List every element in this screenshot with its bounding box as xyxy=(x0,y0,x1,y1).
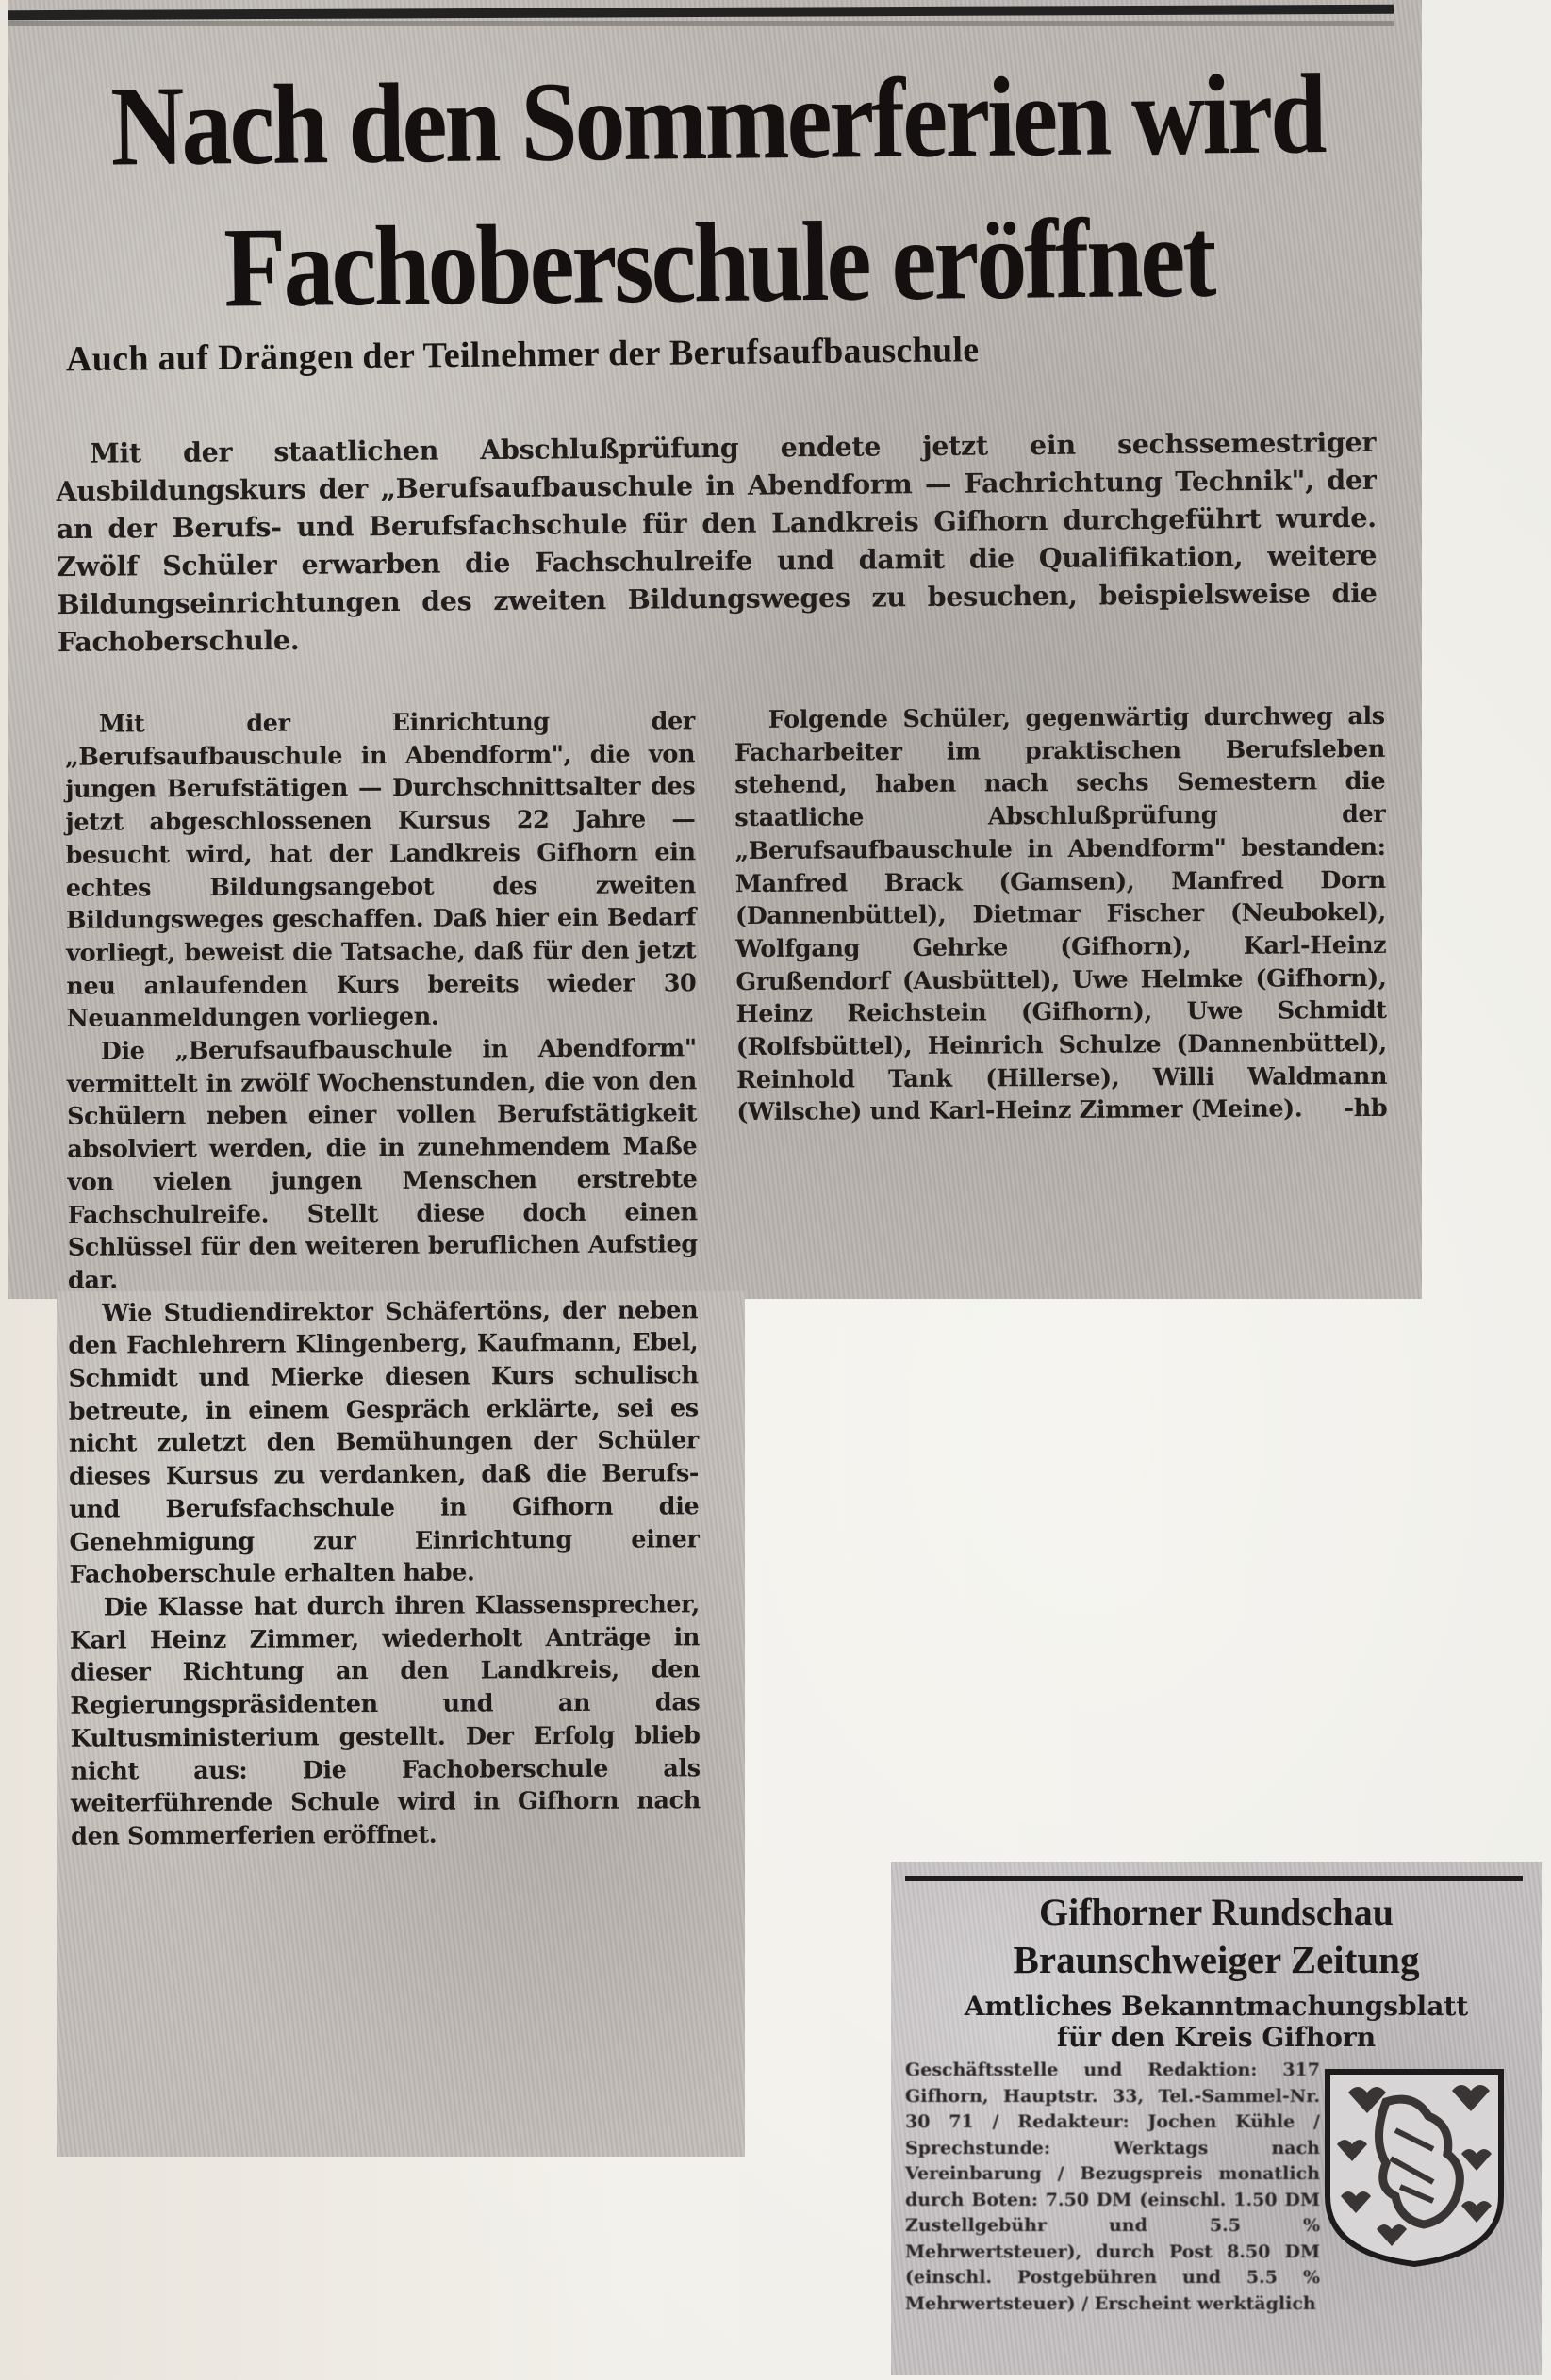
masthead-subtitle: Amtliches Bekanntmachungsblatt xyxy=(891,1991,1542,2022)
headline-line-1: Nach den Sommerferien wird xyxy=(38,42,1397,199)
top-rule-shadow xyxy=(8,21,1394,26)
graduates-text: Folgende Schüler, gegenwärtig durchweg a… xyxy=(734,702,1387,1127)
author-byline: -hb xyxy=(1310,1092,1387,1125)
article-lead-paragraph: Mit der staatlichen Abschlußprüfung ende… xyxy=(56,423,1378,661)
paragraph: Die „Berufsaufbauschule in Abendform" ve… xyxy=(67,1032,698,1297)
newspaper-subname: Braunschweiger Zeitung xyxy=(891,1937,1542,1982)
article-column-left: Mit der Einrichtung der „Berufsaufbausch… xyxy=(65,705,701,1853)
masthead-imprint: Geschäftsstelle und Redaktion: 317 Gifho… xyxy=(905,2058,1320,2317)
article-headline: Nach den Sommerferien wird Fachoberschul… xyxy=(38,42,1398,341)
coat-of-arms-icon xyxy=(1320,2064,1509,2272)
paragraph-graduates: Folgende Schüler, gegenwärtig durchweg a… xyxy=(734,700,1388,1129)
newspaper-masthead: Gifhorner Rundschau Braunschweiger Zeitu… xyxy=(891,1862,1542,2375)
paragraph: Mit der Einrichtung der „Berufsaufbausch… xyxy=(65,705,697,1036)
headline-line-2: Fachoberschule eröffnet xyxy=(40,185,1399,341)
newspaper-name: Gifhorner Rundschau xyxy=(891,1890,1542,1934)
article-column-right: Folgende Schüler, gegenwärtig durchweg a… xyxy=(734,700,1388,1129)
paragraph: Wie Studiendirektor Schäfertöns, der neb… xyxy=(68,1294,700,1592)
lead-text: Mit der staatlichen Abschlußprüfung ende… xyxy=(56,423,1378,661)
paragraph: Die Klasse hat durch ihren Klassensprech… xyxy=(70,1588,701,1853)
masthead-region: für den Kreis Gifhorn xyxy=(891,2022,1542,2053)
masthead-rule xyxy=(905,1876,1523,1881)
